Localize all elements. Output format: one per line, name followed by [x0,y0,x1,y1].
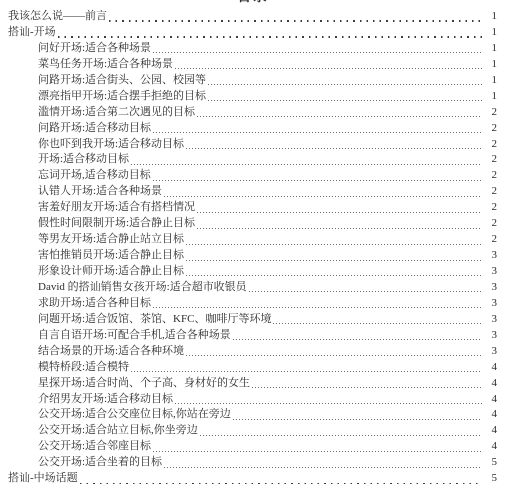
dot-leader [164,196,482,197]
dot-leader [153,132,482,133]
dot-leader [186,148,482,149]
toc-entry-label: 介绍男友开场:适合移动目标 [38,392,173,408]
toc-entry-label: 公交开场:适合站立目标,你坐旁边 [38,423,198,439]
toc-entry[interactable]: 漂亮指甲开场:适合摆手拒绝的目标1 [0,89,506,105]
dot-leader [153,52,482,53]
toc-entry-label: 你也吓到我开场:适合移动目标 [38,137,184,153]
toc-list: 我该怎么说——前言1搭讪-开场1问好开场:适合各种场景1菜鸟任务开场:适合各种场… [0,9,506,487]
page-number: 2 [486,168,497,184]
page-number: 1 [486,73,497,89]
page-number: 5 [486,455,497,471]
page-number: 4 [486,407,497,423]
toc-entry-label: 害怕推销员开场:适合静止目标 [38,248,184,264]
toc-entry-label: 公交开场:适合公交座位目标,你站在旁边 [38,407,231,423]
document-page: 目录 我该怎么说——前言1搭讪-开场1问好开场:适合各种场景1菜鸟任务开场:适合… [0,0,506,490]
page-number: 1 [486,89,497,105]
dot-leader [197,116,482,117]
toc-entry-label: 星探开场:适合时尚、个子高、身材好的女生 [38,376,250,392]
toc-entry-label: 问题开场:适合饭馆、茶馆、KFC、咖啡厅等环境 [38,312,271,328]
page-number: 3 [486,296,497,312]
page-number: 4 [486,392,497,408]
toc-entry-label: 开场:适合移动目标 [38,152,129,168]
toc-entry-label: David 的搭讪销售女孩开场:适合超市收银员 [38,280,247,296]
toc-entry[interactable]: 开场:适合移动目标2 [0,152,506,168]
toc-entry-label: 模特桥段:适合模特 [38,360,129,376]
page-number: 2 [486,152,497,168]
toc-entry-label: 公交开场:适合邻座目标 [38,439,151,455]
toc-entry[interactable]: 介绍男友开场:适合移动目标4 [0,392,506,408]
toc-entry[interactable]: 害羞好朋友开场:适合有搭档情况2 [0,200,506,216]
toc-entry[interactable]: 问题开场:适合饭馆、茶馆、KFC、咖啡厅等环境3 [0,312,506,328]
toc-entry-label: 结合场景的开场:适合各种环境 [38,344,184,360]
toc-entry-label: 认错人开场:适合各种场景 [38,184,162,200]
dot-leader [233,339,482,340]
page-number: 1 [486,41,497,57]
dot-leader [186,260,482,261]
page-number: 3 [486,328,497,344]
page-number: 1 [486,57,497,73]
page-number: 4 [486,439,497,455]
toc-entry[interactable]: 我该怎么说——前言1 [0,9,506,25]
dot-leader [109,20,482,22]
toc-entry[interactable]: 滥情开场:适合第二次遇见的目标2 [0,105,506,121]
dot-leader [175,68,482,69]
toc-entry-label: 我该怎么说——前言 [8,9,107,25]
toc-entry-label: 求助开场:适合各种目标 [38,296,151,312]
toc-entry[interactable]: 求助开场:适合各种目标3 [0,296,506,312]
page-number: 4 [486,376,497,392]
toc-entry[interactable]: 假性时间限制开场:适合静止目标2 [0,216,506,232]
dot-leader [153,307,482,308]
dot-leader [80,483,482,485]
toc-entry[interactable]: 公交开场:适合坐着的目标5 [0,455,506,471]
dot-leader [249,291,482,292]
page-number: 1 [486,25,497,41]
page-number: 3 [486,280,497,296]
toc-entry-label: 滥情开场:适合第二次遇见的目标 [38,105,195,121]
page-number: 3 [486,264,497,280]
dot-leader [233,419,482,420]
page-number: 2 [486,105,497,121]
page-number: 1 [486,9,497,25]
dot-leader [131,371,482,372]
toc-entry-label: 忘词开场,适合移动目标 [38,168,151,184]
page-number: 2 [486,137,497,153]
toc-title: 目录 [0,0,506,4]
toc-entry[interactable]: 星探开场:适合时尚、个子高、身材好的女生4 [0,376,506,392]
toc-entry[interactable]: 搭讪-中场话题5 [0,471,506,487]
page-number: 3 [486,344,497,360]
dot-leader [186,275,482,276]
toc-entry[interactable]: 公交开场:适合邻座目标4 [0,439,506,455]
dot-leader [175,403,482,404]
dot-leader [58,36,482,38]
toc-entry[interactable]: 形象设计师开场:适合静止目标3 [0,264,506,280]
page-number: 5 [486,471,497,487]
dot-leader [164,467,482,468]
page-number: 2 [486,232,497,248]
dot-leader [273,323,482,324]
dot-leader [208,100,482,101]
toc-entry[interactable]: 搭讪-开场1 [0,25,506,41]
dot-leader [186,355,482,356]
toc-entry-label: 问路开场:适合移动目标 [38,121,151,137]
toc-entry[interactable]: 你也吓到我开场:适合移动目标2 [0,137,506,153]
page-number: 2 [486,184,497,200]
page-number: 3 [486,312,497,328]
toc-entry[interactable]: 模特桥段:适合模特4 [0,360,506,376]
dot-leader [153,180,482,181]
toc-entry-label: 问好开场:适合各种场景 [38,41,151,57]
toc-entry-label: 等男友开场:适合静止站立目标 [38,232,184,248]
toc-entry[interactable]: 问好开场:适合各种场景1 [0,41,506,57]
page-number: 2 [486,121,497,137]
dot-leader [153,451,482,452]
toc-entry[interactable]: 公交开场:适合公交座位目标,你站在旁边4 [0,407,506,423]
toc-entry[interactable]: 问路开场:适合街头、公园、校园等1 [0,73,506,89]
toc-entry[interactable]: 认错人开场:适合各种场景2 [0,184,506,200]
dot-leader [200,435,482,436]
toc-entry-label: 漂亮指甲开场:适合摆手拒绝的目标 [38,89,206,105]
toc-entry-label: 害羞好朋友开场:适合有搭档情况 [38,200,195,216]
toc-entry-label: 公交开场:适合坐着的目标 [38,455,162,471]
dot-leader [197,212,482,213]
toc-entry-label: 假性时间限制开场:适合静止目标 [38,216,195,232]
page-number: 3 [486,248,497,264]
toc-entry[interactable]: 害怕推销员开场:适合静止目标3 [0,248,506,264]
toc-entry[interactable]: 问路开场:适合移动目标2 [0,121,506,137]
dot-leader [208,84,482,85]
toc-entry[interactable]: 自言自语开场:可配合手机,适合各种场景3 [0,328,506,344]
toc-entry-label: 形象设计师开场:适合静止目标 [38,264,184,280]
toc-entry[interactable]: 结合场景的开场:适合各种环境3 [0,344,506,360]
dot-leader [252,387,482,388]
page-number: 4 [486,360,497,376]
toc-entry[interactable]: 公交开场:适合站立目标,你坐旁边4 [0,423,506,439]
page-number: 4 [486,423,497,439]
toc-entry-label: 搭讪-开场 [8,25,56,41]
toc-entry[interactable]: David 的搭讪销售女孩开场:适合超市收银员3 [0,280,506,296]
dot-leader [131,164,482,165]
page-number: 2 [486,200,497,216]
dot-leader [186,244,482,245]
toc-entry[interactable]: 忘词开场,适合移动目标2 [0,168,506,184]
toc-entry-label: 搭讪-中场话题 [8,471,78,487]
page-number: 2 [486,216,497,232]
toc-entry[interactable]: 等男友开场:适合静止站立目标2 [0,232,506,248]
dot-leader [197,228,482,229]
toc-entry-label: 问路开场:适合街头、公园、校园等 [38,73,206,89]
toc-entry[interactable]: 菜鸟任务开场:适合各种场景1 [0,57,506,73]
toc-entry-label: 自言自语开场:可配合手机,适合各种场景 [38,328,231,344]
toc-entry-label: 菜鸟任务开场:适合各种场景 [38,57,173,73]
